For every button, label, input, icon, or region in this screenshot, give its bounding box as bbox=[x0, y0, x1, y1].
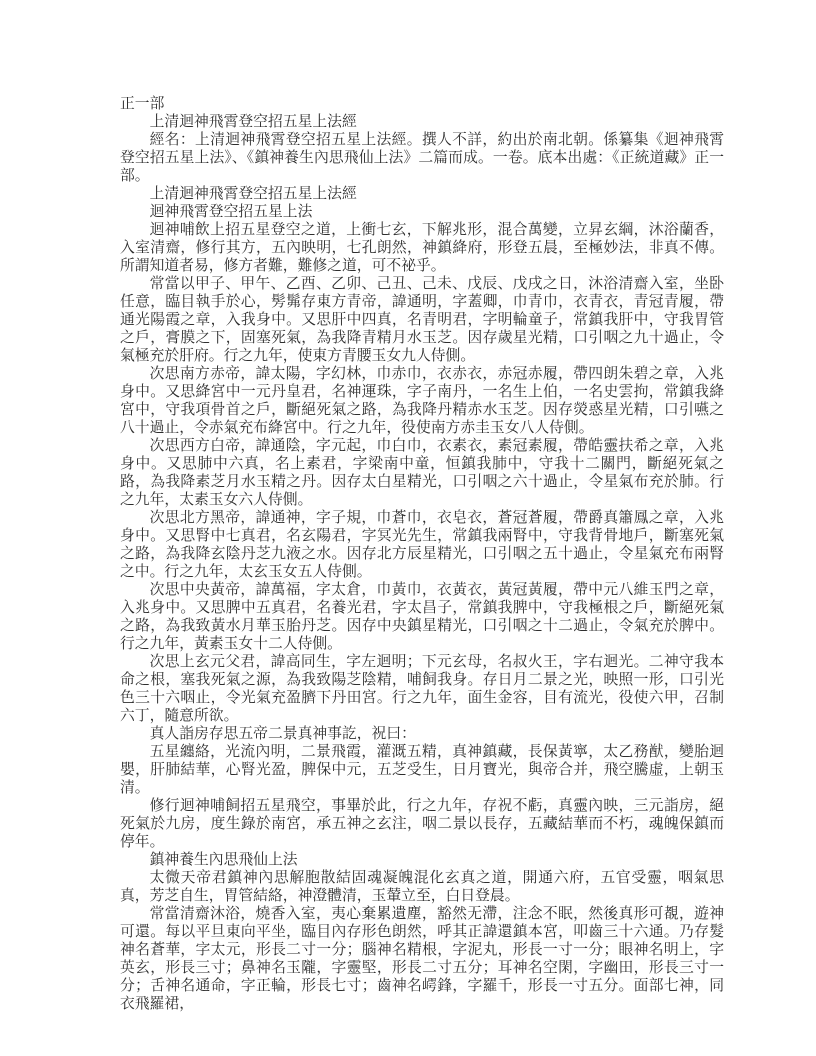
paragraph-prayer-verse: 五星纏絡，光流內明，二景飛霞，灌溉五精，真神鎮藏，長保黃寧，太乙務猷，變胎迴嬰，… bbox=[120, 743, 724, 797]
paragraph-intro: 迴神哺飲上招五星登空之道，上衝七玄，下解兆形，混合萬變，立昇玄綱，沐浴蘭香，入室… bbox=[120, 221, 724, 275]
document-page: 正一部 上清迴神飛霄登空招五星上法經 經名：上清迴神飛霄登空招五星上法經。撰人不… bbox=[0, 0, 816, 1056]
paragraph-taiwei-intro: 太微天帝君鎮神內思解胞散結固魂凝魄混化玄真之道，開通六府，五官受靈，咽氣思真，芳… bbox=[120, 869, 724, 905]
paragraph-body-gods: 常當清齋沐浴，燒香入室，夷心棄累遺塵，豁然无滯，注念不眠，然後真形可覩，遊神可還… bbox=[120, 905, 724, 1013]
paragraph-father-mother: 次思上玄元父君，諱高同生，字左迴明；下元玄母，名叔火王，字右迴光。二神守我本命之… bbox=[120, 653, 724, 725]
collection-heading: 正一部 bbox=[120, 95, 724, 113]
paragraph-north-emperor: 次思北方黑帝，諱通神，字子規，巾蒼巾，衣皂衣，蒼冠蒼履，帶爵真簫鳳之章，入兆身中… bbox=[120, 509, 724, 581]
paragraph-center-emperor: 次思中央黃帝，諱萬福，字太倉，巾黃巾，衣黃衣，黃冠黃履，帶中元八維玉門之章，入兆… bbox=[120, 581, 724, 653]
paragraph-west-emperor: 次思西方白帝，諱通陰，字元起，巾白巾，衣素衣，素冠素履，帶皓靈扶希之章，入兆身中… bbox=[120, 437, 724, 509]
paragraph-practice-conclusion: 修行迴神哺飼招五星飛空，事畢於此，行之九年，存祝不虧，真靈內映，三元詣房，絕死氣… bbox=[120, 797, 724, 851]
section-title-zhenshen: 鎮神養生內思飛仙上法 bbox=[120, 851, 724, 869]
scripture-title: 上清迴神飛霄登空招五星上法經 bbox=[120, 113, 724, 131]
paragraph-east-emperor: 常當以甲子、甲午、乙酉、乙卯、己丑、己未、戊辰、戊戌之日，沐浴清齋入室，坐卧任意… bbox=[120, 275, 724, 365]
paragraph-south-emperor: 次思南方赤帝，諱太陽，字幻林，巾赤巾，衣赤衣，赤冠赤履，帶四朗朱碧之章，入兆身中… bbox=[120, 365, 724, 437]
bibliographic-note: 經名：上清迴神飛霄登空招五星上法經。撰人不詳，約出於南北朝。係纂集《迴神飛霄登空… bbox=[120, 131, 724, 185]
paragraph-prayer-intro: 真人詣房存思五帝二景真神事訖，祝曰： bbox=[120, 725, 724, 743]
scripture-title-repeat: 上清迴神飛霄登空招五星上法經 bbox=[120, 185, 724, 203]
section-title-huishen: 迴神飛霄登空招五星上法 bbox=[120, 203, 724, 221]
